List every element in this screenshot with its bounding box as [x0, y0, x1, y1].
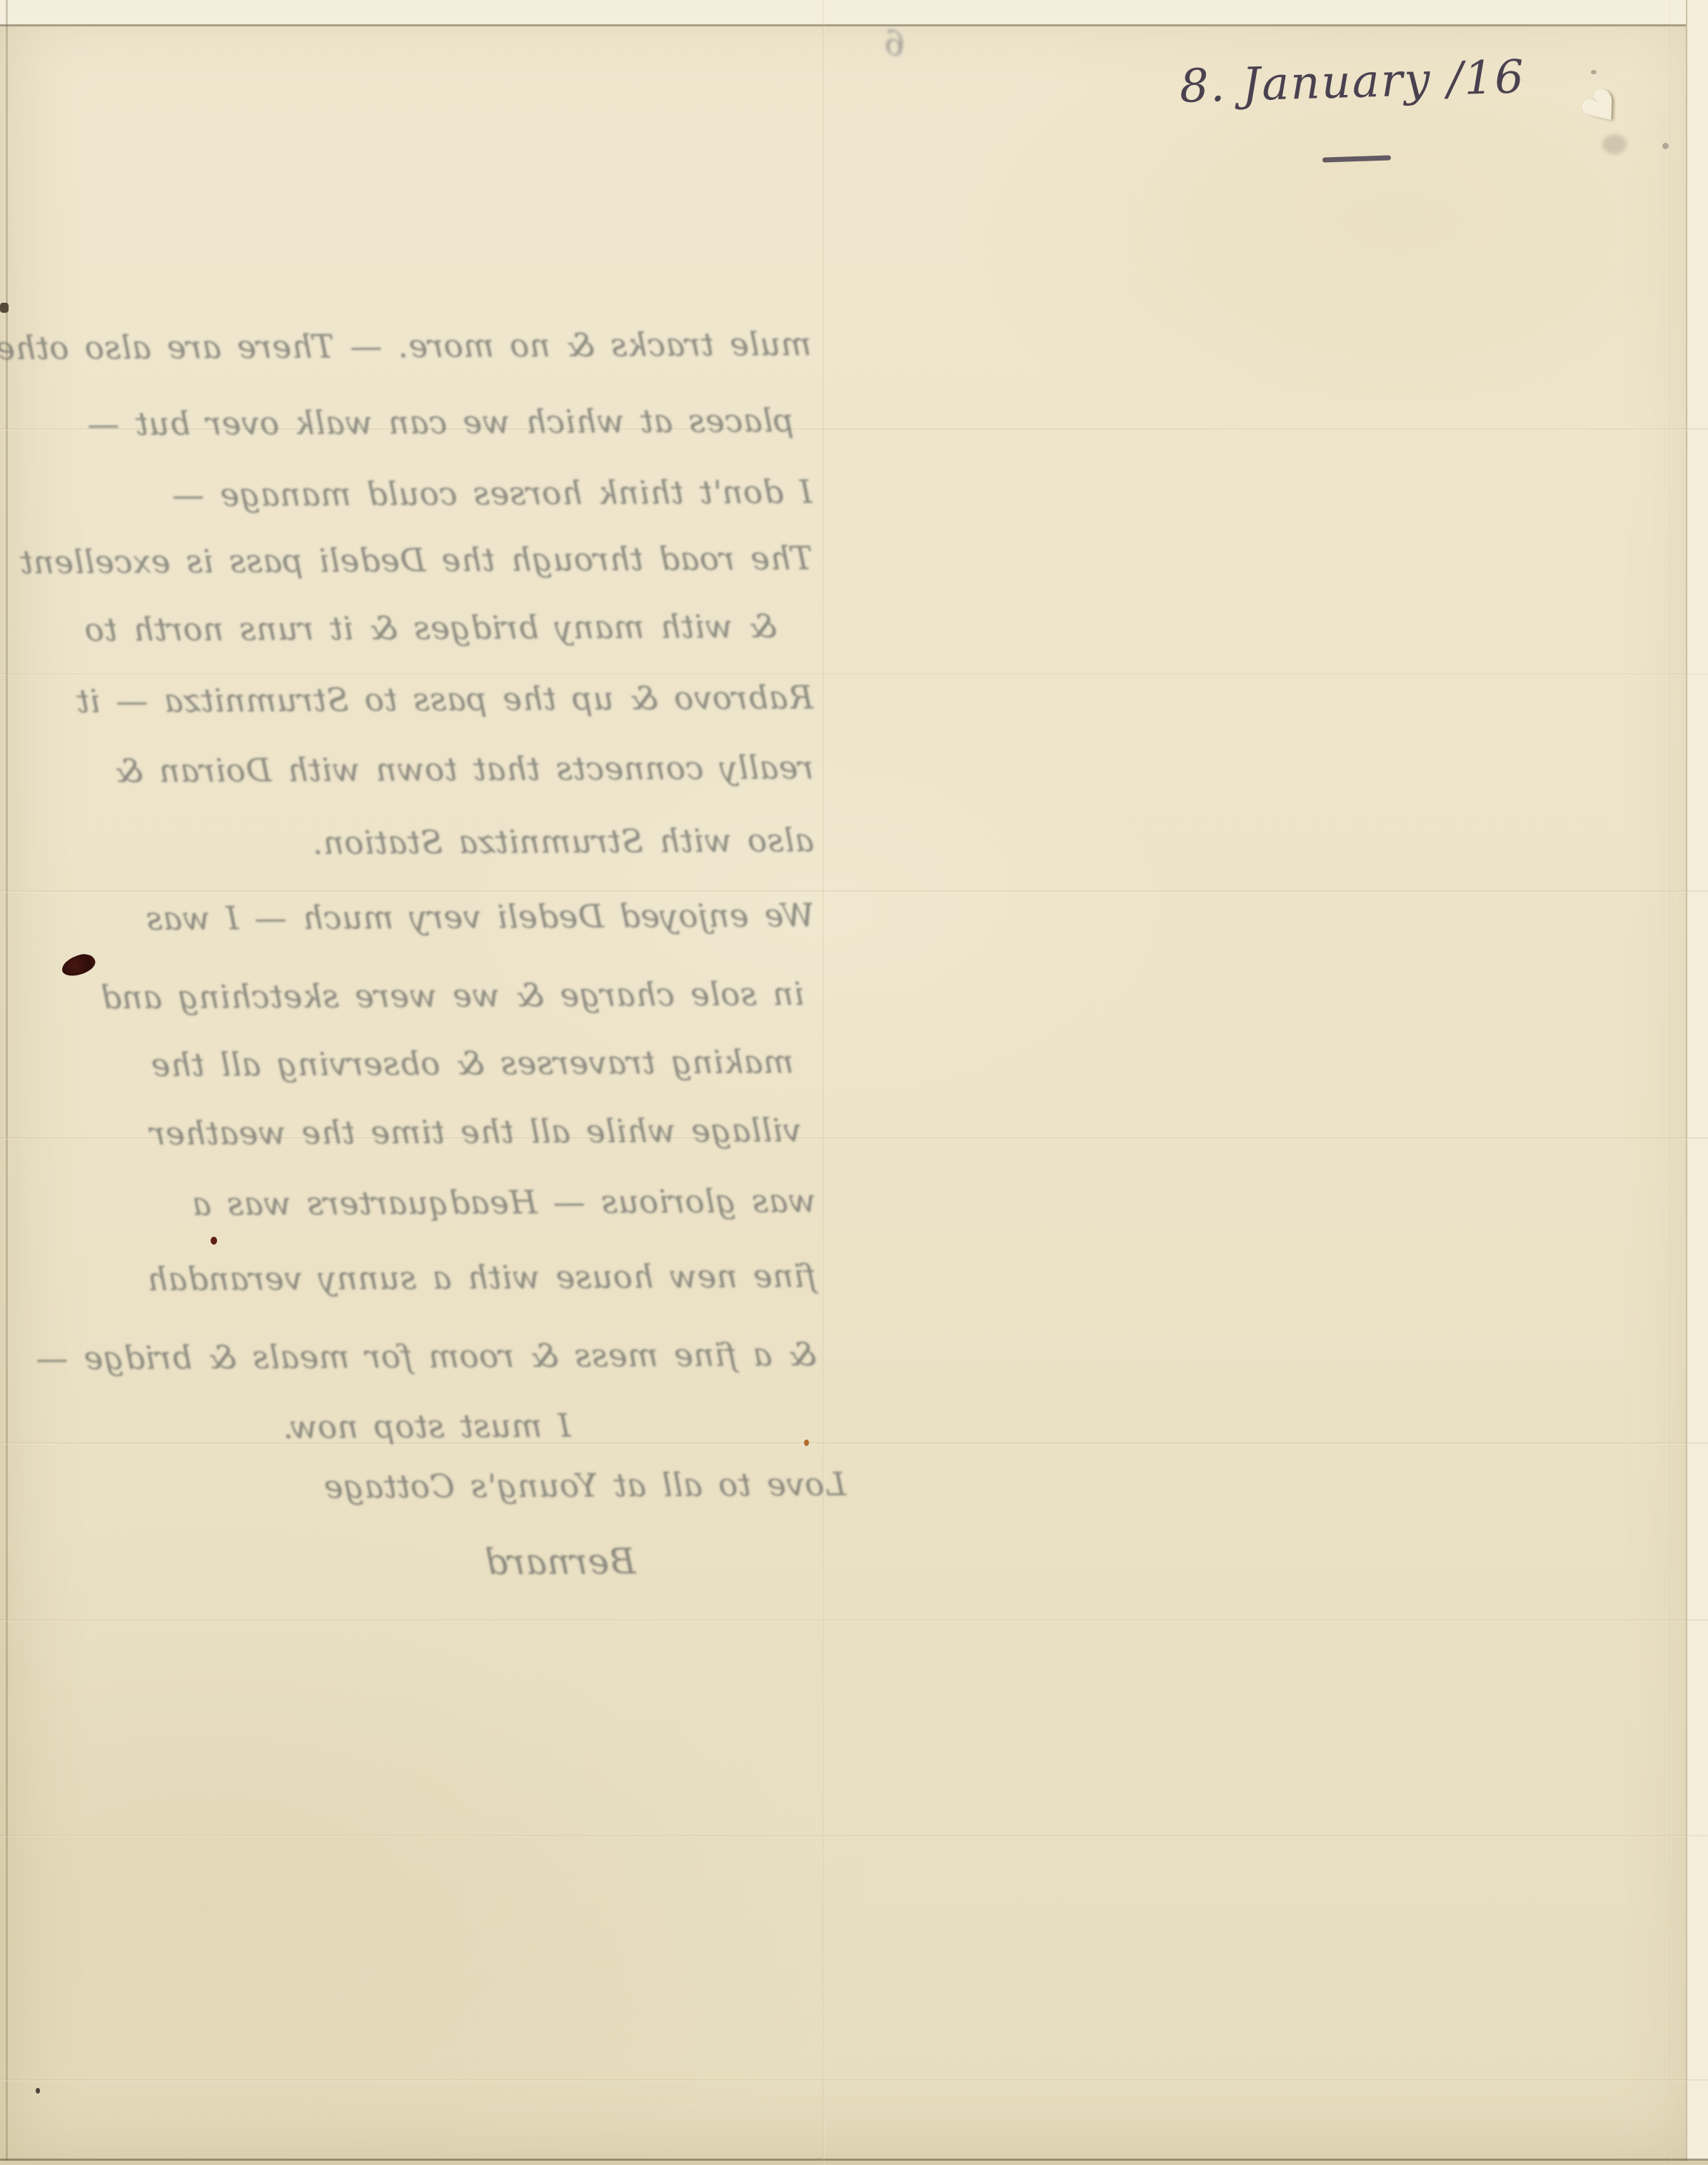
speck [1662, 143, 1669, 149]
bleedthrough-line: I don't think horses could manage — [51, 471, 812, 518]
bleedthrough-line: also with Strumnitza Station. [54, 819, 814, 866]
center-fold-crease [823, 0, 825, 2165]
bleedthrough-line: & with many bridges & it runs north to [52, 605, 813, 652]
bleedthrough-line: really connects that town with Doiran & [53, 746, 813, 793]
paper-left-edge [6, 0, 8, 2165]
bleedthrough-line: in sole charge & we were sketching and [54, 973, 815, 1020]
bleedthrough-line: making traverses & observing all the [54, 1040, 815, 1087]
speck [36, 2088, 40, 2094]
paper-right-edge [1686, 0, 1708, 2165]
scanned-letter-page: 8. January /16 6 ♥ mule tracks & no more… [0, 0, 1708, 2165]
bleedthrough-line: was glorious — Headquarters was a [55, 1180, 815, 1227]
bleedthrough-line: The road through the Dedeli pass is exce… [52, 537, 813, 584]
pencil-smudge [1602, 134, 1627, 154]
bleedthrough-line: places at which we can walk over but — [51, 399, 812, 446]
bleedthrough-line: I must stop now. [56, 1403, 817, 1450]
fold-crease [0, 1835, 1708, 1837]
ink-dot [211, 1237, 217, 1245]
bleedthrough-line: fine new house with a sunny verandah [56, 1255, 816, 1302]
bleedthrough-line: Love to all at Young's Cottage [56, 1463, 817, 1510]
fold-crease [0, 2079, 1708, 2081]
bleedthrough-line: & a fine mess & room for meals & bridge … [56, 1333, 817, 1380]
bleedthrough-line: mule tracks & no more. — There are also … [51, 323, 811, 370]
date-annotation: 8. January /16 [1179, 51, 1526, 113]
bleedthrough-line: Rabrovo & up the pass to Strumnitza — it [53, 676, 813, 723]
edge-mark [0, 303, 9, 313]
bleedthrough-line: village while all the time the weather [55, 1109, 815, 1156]
fold-crease [1669, 0, 1672, 2165]
signature-line: Bernard [57, 1539, 818, 1586]
speck [1591, 70, 1597, 74]
scanner-bottom-strip [0, 2161, 1708, 2165]
rust-speck [804, 1440, 809, 1446]
bleedthrough-line: We enjoyed Dedeli very much — I was [54, 894, 814, 941]
bleedthrough-text-block: mule tracks & no more. — There are also … [49, 0, 819, 1710]
